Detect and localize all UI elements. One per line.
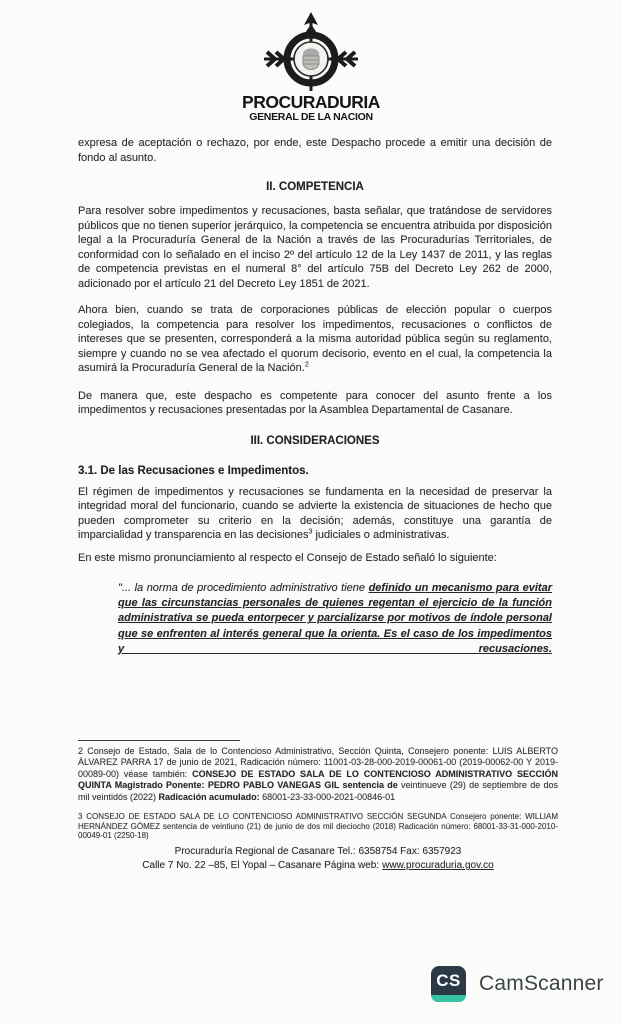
pgn-seal-icon <box>251 12 371 92</box>
document-body: expresa de aceptación o rechazo, por end… <box>0 136 622 657</box>
page-footer: Procuraduría Regional de Casanare Tel.: … <box>78 845 558 873</box>
camscanner-icon: CS <box>431 966 466 1002</box>
paragraph-consideraciones-1: El régimen de impedimentos y recusacione… <box>78 485 552 543</box>
paragraph-competencia-1: Para resolver sobre impedimentos y recus… <box>78 204 552 291</box>
paragraph-competencia-2: Ahora bien, cuando se trata de corporaci… <box>78 303 552 376</box>
paragraph-competencia-2-text: Ahora bien, cuando se trata de corporaci… <box>78 304 552 374</box>
scanned-document-page: PROCURADURIA GENERAL DE LA NACION expres… <box>0 0 622 1024</box>
footnote-3: 3 CONSEJO DE ESTADO SALA DE LO CONTENCIO… <box>78 812 558 841</box>
quote-lead: "... la norma de procedimiento administr… <box>118 582 369 594</box>
heading-consideraciones: III. CONSIDERACIONES <box>78 434 552 448</box>
footnote-2-bold-2: Radicación acumulado: <box>159 792 263 802</box>
paragraph-consideraciones-2: En este mismo pronunciamiento al respect… <box>78 551 552 566</box>
paragraph-competencia-3: De manera que, este despacho es competen… <box>78 389 552 418</box>
footnotes-and-footer: 2 Consejo de Estado, Sala de lo Contenci… <box>78 740 558 873</box>
pgn-letterhead: PROCURADURIA GENERAL DE LA NACION <box>0 0 622 123</box>
subheading-3-1: 3.1. De las Recusaciones e Impedimentos. <box>78 464 552 478</box>
camscanner-icon-accent-strip <box>431 995 466 1002</box>
footnote-ref-2: 2 <box>305 361 309 368</box>
logo-title: PROCURADURIA <box>0 93 622 111</box>
footnote-3-text-1: 3 CONSEJO DE ESTADO SALA DE LO CONTENCIO… <box>78 812 450 821</box>
camscanner-label: CamScanner <box>479 972 604 996</box>
logo-subtitle: GENERAL DE LA NACION <box>0 111 622 123</box>
consejo-estado-quote: "... la norma de procedimiento administr… <box>118 581 552 657</box>
website-link[interactable]: www.procuraduria.gov.co <box>382 860 494 871</box>
camscanner-watermark: CS CamScanner <box>431 966 604 1002</box>
footer-address-text: Calle 7 No. 22 –85, El Yopal – Casanare … <box>142 860 379 871</box>
footer-contact-line: Procuraduría Regional de Casanare Tel.: … <box>78 845 558 859</box>
footer-address-line: Calle 7 No. 22 –85, El Yopal – Casanare … <box>78 859 558 873</box>
footnote-separator <box>78 740 240 741</box>
footnote-2: 2 Consejo de Estado, Sala de lo Contenci… <box>78 746 558 803</box>
footnote-2-text-3: 68001-23-33-000-2021-00846-01 <box>262 792 395 802</box>
heading-competencia: II. COMPETENCIA <box>78 180 552 194</box>
paragraph-consideraciones-1-text-b: judiciales o administrativas. <box>312 529 449 541</box>
paragraph-intro: expresa de aceptación o rechazo, por end… <box>78 136 552 165</box>
